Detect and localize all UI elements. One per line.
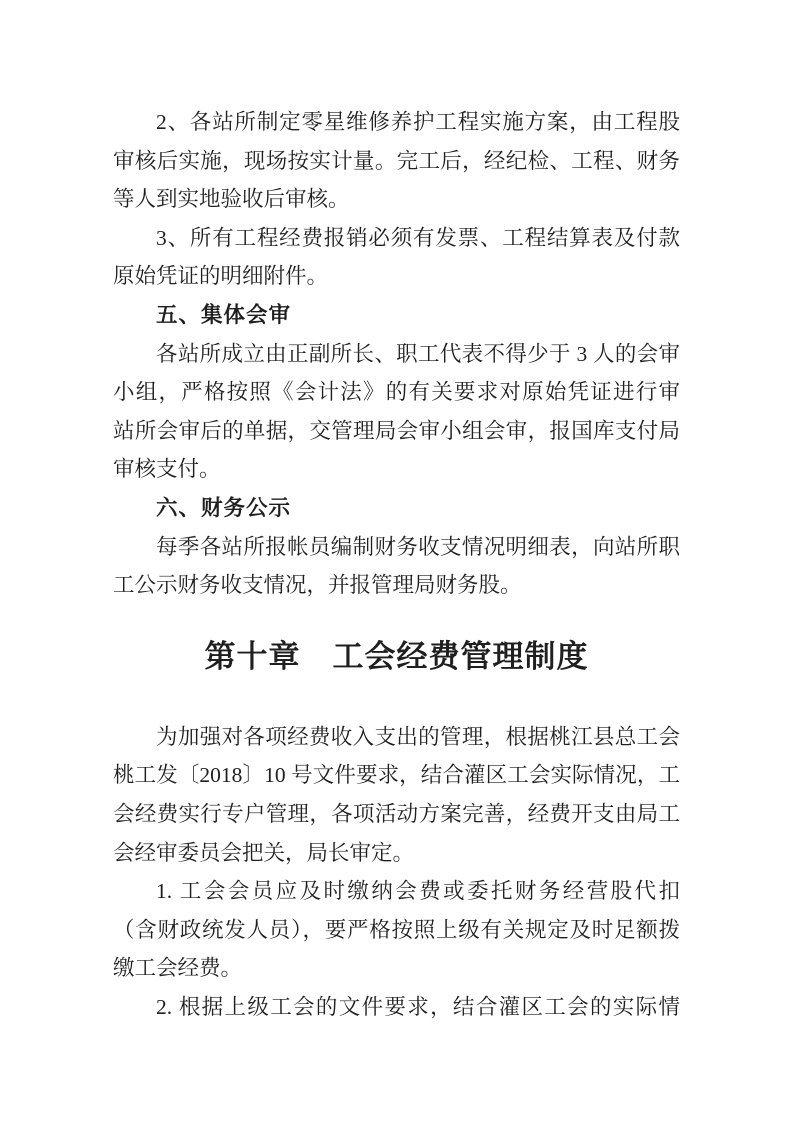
body-line: 各站所成立由正副所长、职工代表不得少于 3 人的会审 (113, 335, 680, 374)
document-content: 2、各站所制定零星维修养护工程实施方案，由工程股 审核后实施，现场按实计量。完工… (113, 103, 680, 1026)
body-line: （含财政统发人员），要严格按照上级有关规定及时足额拨 (113, 911, 680, 950)
body-line: 3、所有工程经费报销必须有发票、工程结算表及付款 (113, 219, 680, 258)
body-line: 为加强对各项经费收入支出的管理，根据桃江县总工会 (113, 718, 680, 757)
body-line: 2、各站所制定零星维修养护工程实施方案，由工程股 (113, 103, 680, 142)
body-line: 站所会审后的单据，交管理局会审小组会审，报国库支付局 (113, 412, 680, 451)
body-line: 2. 根据上级工会的文件要求，结合灌区工会的实际情 (113, 988, 680, 1027)
body-line: 工公示财务收支情况，并报管理局财务股。 (113, 566, 680, 605)
body-line: 每季各站所报帐员编制财务收支情况明细表，向站所职 (113, 528, 680, 567)
body-line: 会经费实行专户管理，各项活动方案完善，经费开支由局工 (113, 795, 680, 834)
body-line: 会经审委员会把关，局长审定。 (113, 834, 680, 873)
section-heading-finance-disclosure: 六、财务公示 (113, 489, 680, 528)
body-line: 桃工发〔2018〕10 号文件要求，结合灌区工会实际情况，工 (113, 756, 680, 795)
body-line: 小组，严格按照《会计法》的有关要求对原始凭证进行审核。 (113, 373, 680, 412)
document-page: 2、各站所制定零星维修养护工程实施方案，由工程股 审核后实施，现场按实计量。完工… (0, 0, 793, 1122)
body-line: 1. 工会会员应及时缴纳会费或委托财务经营股代扣 (113, 872, 680, 911)
body-line: 等人到实地验收后审核。 (113, 180, 680, 219)
chapter-body: 为加强对各项经费收入支出的管理，根据桃江县总工会 桃工发〔2018〕10 号文件… (113, 718, 680, 1027)
chapter-title: 第十章 工会经费管理制度 (113, 620, 680, 694)
body-line: 审核后实施，现场按实计量。完工后，经纪检、工程、财务 (113, 142, 680, 181)
body-line: 缴工会经费。 (113, 949, 680, 988)
body-line: 原始凭证的明细附件。 (113, 257, 680, 296)
body-line: 审核支付。 (113, 450, 680, 489)
section-heading-collective-review: 五、集体会审 (113, 296, 680, 335)
